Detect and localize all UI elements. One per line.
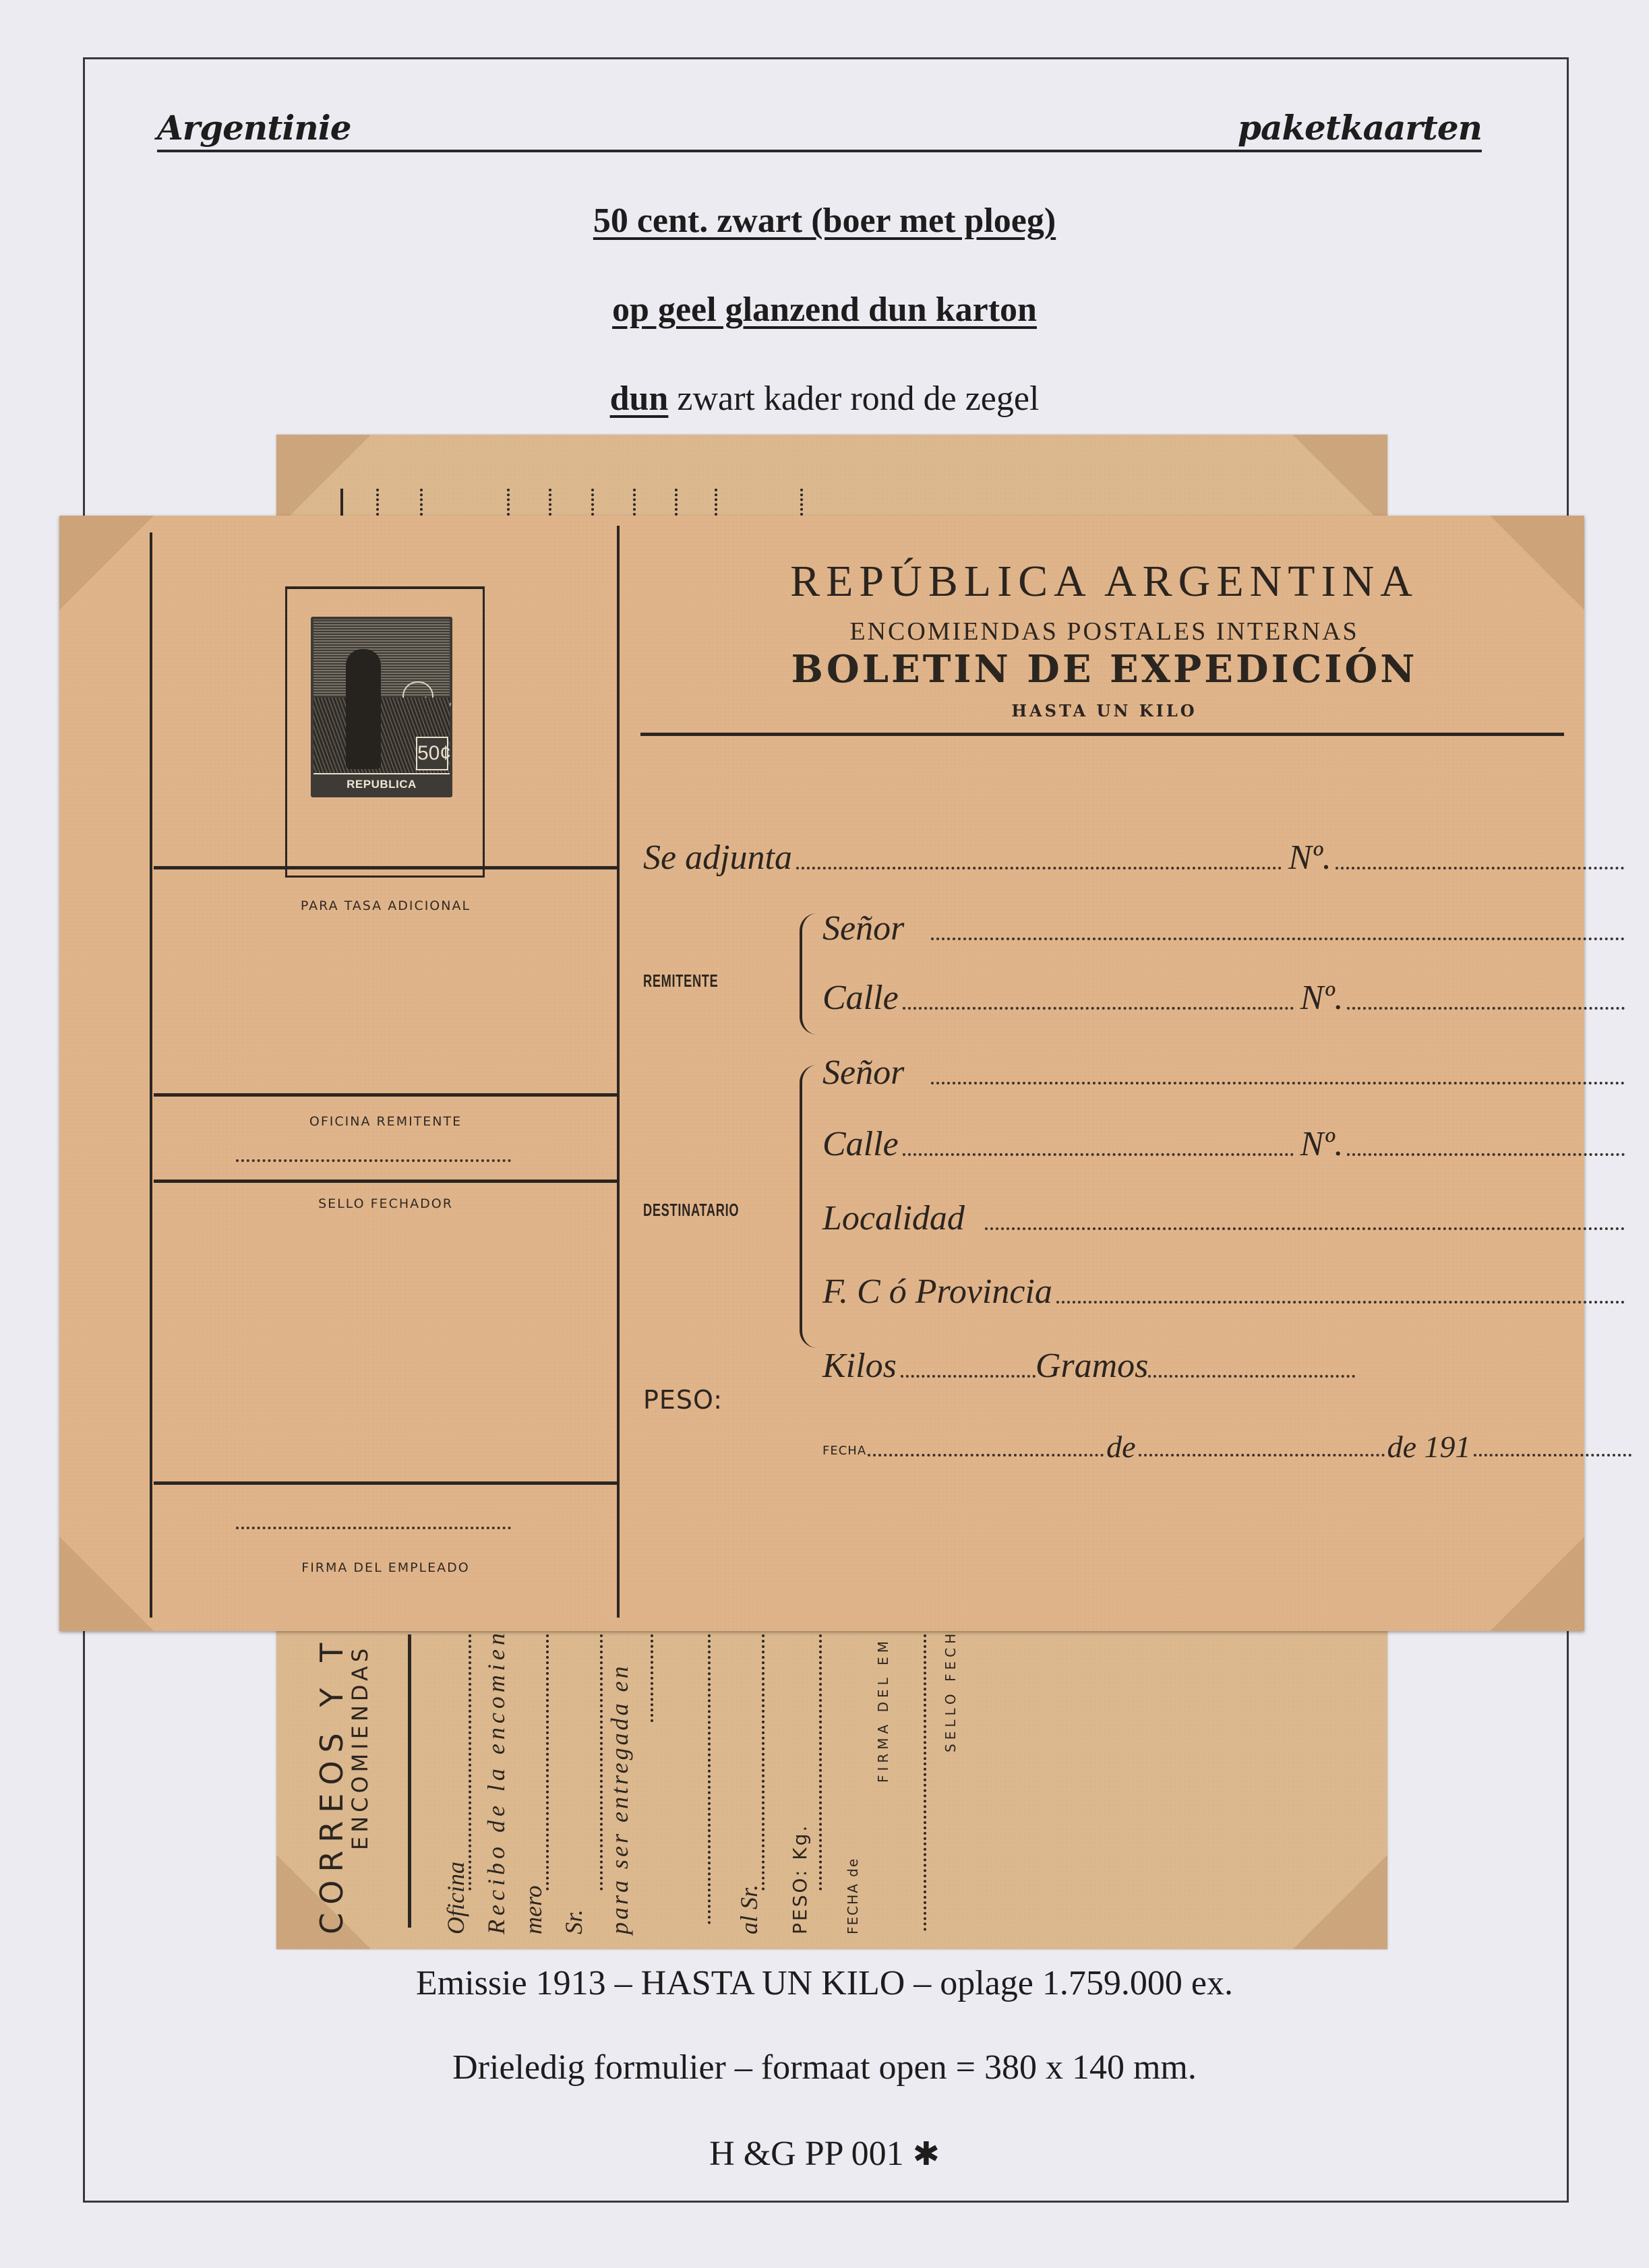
back-col-numero: mero [519,1885,547,1934]
dotted-rule [633,489,636,516]
back-col-firma: FIRMA DEL EM [875,1637,891,1783]
imprinted-stamp: 50¢ REPUBLICA ARGENTINA [311,617,452,797]
dotted-fill-line [1148,1375,1355,1378]
dotted-rule [507,489,510,516]
rule-line [340,489,343,516]
stamp-country-label: REPUBLICA ARGENTINA [313,773,450,795]
label-firma-empleado: FIRMA DEL EMPLEADO [154,1560,618,1575]
left-panel-border [150,532,152,1618]
dotted-fill-line [1347,1153,1625,1156]
field-dest-localidad: Localidad [822,1198,1631,1238]
field-se-adjunta: Se adjunta Nº. [643,838,1631,878]
label-peso: PESO: [643,1385,723,1415]
back-col-sr: Sr. [560,1909,588,1934]
back-title-rule [408,1634,411,1928]
dotted-rule [675,489,678,516]
label-kilos: Kilos [822,1346,897,1386]
field-fecha: FECHA de de 191 [822,1429,1631,1465]
stamp-value: 50¢ [416,737,448,770]
subtitle-paper-description: op geel glanzend dun karton [0,290,1649,330]
dotted-fill-line [868,1454,1104,1457]
section-rule [154,1093,618,1097]
dotted-signature-line [236,1527,511,1529]
back-col-recibo: Recibo de la encomienda [482,1597,510,1934]
heading-hasta-un-kilo: HASTA UN KILO [632,701,1576,721]
dotted-column [924,1634,926,1931]
label-remitente: REMITENTE [643,971,718,991]
section-rule [154,1179,618,1183]
label-senor: Señor [822,1053,904,1093]
panel-divider [617,526,620,1618]
label-de-191: de 191 [1387,1429,1471,1465]
dotted-fill-line [903,1007,1294,1010]
label-oficina-remitente: OFICINA REMITENTE [154,1114,618,1129]
dotted-rule [420,489,423,516]
dotted-fill-line [1139,1454,1385,1457]
label-de: de [1106,1429,1135,1465]
asterisk-icon: ✱ [913,2135,940,2173]
label-localidad: Localidad [822,1198,965,1238]
label-para-tasa: PARA TASA ADICIONAL [154,898,618,913]
label-calle: Calle [822,978,899,1018]
back-title-correos: CORREOS Y T [313,1635,350,1934]
field-dest-provincia: F. C ó Provincia [822,1272,1631,1312]
heading-encomiendas: ENCOMIENDAS POSTALES INTERNAS [632,617,1576,646]
label-numero: Nº. [1288,838,1331,878]
dotted-rule [715,489,717,516]
mount-corner [59,516,154,610]
dotted-column [600,1634,603,1891]
dotted-column [819,1634,822,1891]
back-col-al-sr: al Sr. [735,1884,763,1934]
form-heading: REPÚBLICA ARGENTINA ENCOMIENDAS POSTALES… [632,516,1576,731]
field-remitente-senor: Señor [822,909,1631,948]
subtitle-3-bold: dun [610,379,669,418]
dotted-rule [549,489,551,516]
dotted-rule [376,489,379,516]
mount-corner [1293,1855,1387,1949]
dotted-fill-line [931,938,1625,940]
caption-catalogue: H &G PP 001 ✱ [0,2134,1649,2174]
section-rule [154,1481,618,1485]
label-destinatario: DESTINATARIO [643,1200,739,1221]
dotted-signature-line [236,1159,511,1162]
mount-corner [1490,1537,1584,1631]
field-remitente-calle: Calle Nº. [822,978,1631,1018]
back-col-sello: SELLO FECH [942,1630,959,1752]
dotted-fill-line [985,1227,1625,1230]
heading-boletin: BOLETIN DE EXPEDICIÓN [632,647,1576,692]
dotted-fill-line [931,1082,1625,1084]
label-se-adjunta: Se adjunta [643,838,792,878]
mount-corner [276,435,371,529]
header-rule [157,150,1482,152]
stamp-farmer-figure [346,649,381,769]
dotted-column [762,1634,764,1891]
label-sello-fechador: SELLO FECHADOR [154,1196,618,1211]
field-dest-calle: Calle Nº. [822,1124,1631,1164]
dotted-rule [591,489,594,516]
dotted-rule [800,489,803,516]
header-country: Argentinie [157,108,351,148]
label-provincia: F. C ó Provincia [822,1272,1052,1312]
dotted-column [708,1634,711,1924]
section-rule [154,866,618,869]
dotted-fill-line [1056,1301,1625,1304]
mount-corner [59,1537,154,1631]
label-calle: Calle [822,1124,899,1164]
back-col-entregada: para ser entregada en [605,1663,634,1934]
subtitle-3-rest: zwart kader rond de zegel [668,379,1039,418]
subtitle-frame-description: dun zwart kader rond de zegel [0,379,1649,419]
remitente-brace [800,913,817,1035]
dotted-column [651,1634,653,1722]
parcel-card-front: 50¢ REPUBLICA ARGENTINA PARA TASA ADICIO… [59,516,1584,1631]
field-peso: Kilos Gramos [822,1346,1362,1386]
label-numero: Nº. [1300,978,1344,1018]
subtitle-1-text: 50 cent. zwart (boer met ploeg) [593,202,1056,240]
dotted-column [469,1634,471,1891]
label-gramos: Gramos [1036,1346,1149,1386]
dotted-fill-line [903,1153,1294,1156]
caption-emission: Emissie 1913 – HASTA UN KILO – oplage 1.… [0,1963,1649,2003]
dotted-fill-line [1474,1454,1632,1457]
dotted-fill-line [796,867,1282,869]
subtitle-stamp-description: 50 cent. zwart (boer met ploeg) [0,201,1649,241]
back-col-peso: PESO: Kg. [789,1824,811,1934]
back-col-fecha: FECHA de [845,1858,861,1934]
label-numero: Nº. [1300,1124,1344,1164]
heading-republica: REPÚBLICA ARGENTINA [632,556,1576,607]
dotted-fill-line [1347,1007,1625,1010]
back-title-encomiendas: ENCOMIENDAS [347,1645,373,1850]
label-senor: Señor [822,909,904,948]
dotted-column [546,1634,549,1891]
dotted-fill-line [901,1375,1036,1378]
subtitle-2-text: op geel glanzend dun karton [612,290,1037,329]
label-fecha: FECHA [822,1444,866,1458]
catalogue-number: H &G PP 001 [709,2135,903,2173]
heading-rule [640,733,1564,736]
destinatario-brace [800,1065,817,1348]
back-col-oficina: Oficina [442,1862,470,1934]
caption-format: Drieledig formulier – formaat open = 380… [0,2048,1649,2087]
header-category: paketkaarten [1238,108,1482,148]
dotted-fill-line [1336,867,1624,869]
mount-corner [1293,435,1387,529]
field-dest-senor: Señor [822,1053,1631,1093]
